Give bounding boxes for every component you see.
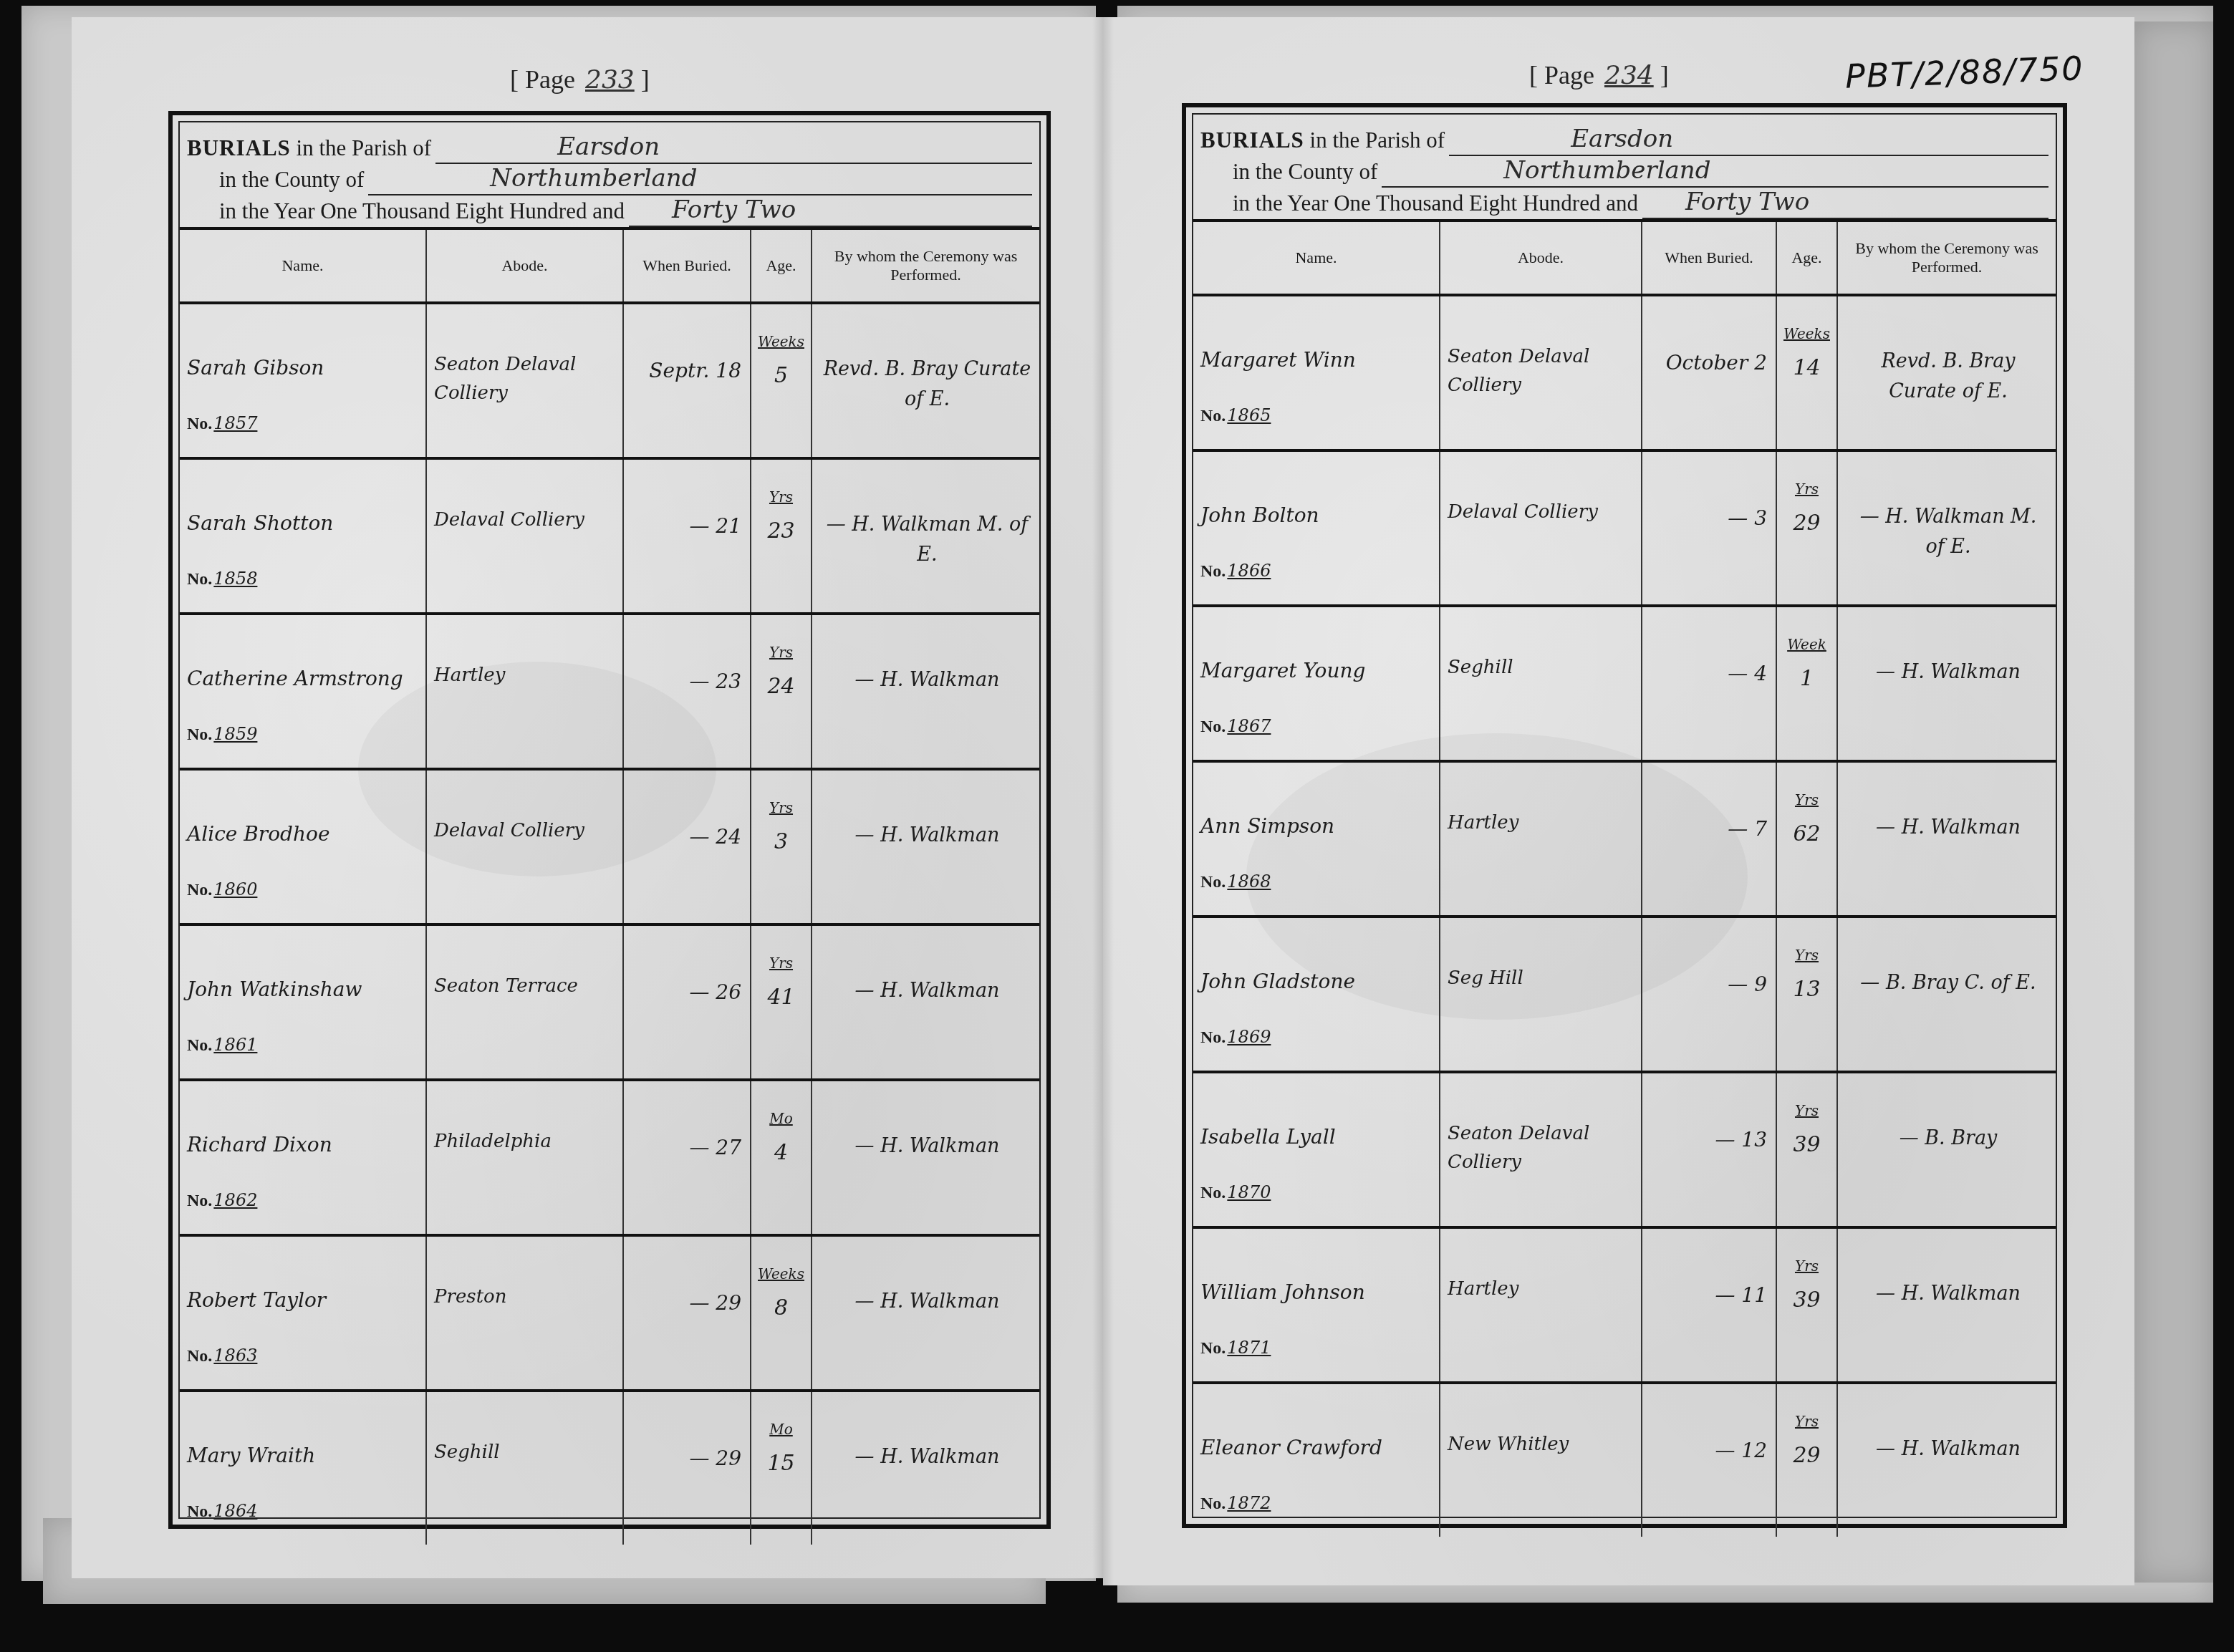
no-label: No. (1200, 1339, 1226, 1358)
officiant-signature: — H. Walkman (822, 976, 1032, 1006)
officiant-signature: — H. Walkman (1848, 1279, 2048, 1309)
name-cell: Margaret WinnNo.1865 (1193, 296, 1440, 449)
no-label: No. (1200, 562, 1226, 581)
burials-title: BURIALS (187, 135, 291, 160)
age-unit: Weeks (751, 1265, 811, 1283)
year-line: in the Year One Thousand Eight Hundred a… (187, 195, 1032, 227)
age-value: 14 (1777, 355, 1836, 380)
burial-entry: Catherine ArmstrongNo.1859 Hartley — 23 … (180, 615, 1039, 771)
officiant-signature: — H. Walkman (1848, 1434, 2048, 1464)
age-unit: Yrs (1777, 947, 1836, 964)
officiant-signature: — H. Walkman (822, 1442, 1032, 1472)
deceased-name: Alice Brodhoe (187, 822, 330, 846)
right-page-number: [ Page234 ] (1529, 60, 1669, 90)
abode-value: Hartley (434, 661, 617, 690)
register-number-value: 1866 (1227, 561, 1271, 581)
burial-register-left: BURIALS in the Parish of Earsdon in the … (168, 111, 1051, 1529)
county-field: Northumberland (368, 173, 1032, 195)
age-unit: Yrs (1777, 1257, 1836, 1275)
name-cell: John WatkinshawNo.1861 (180, 926, 427, 1078)
name-cell: Richard DixonNo.1862 (180, 1081, 427, 1234)
register-number-value: 1869 (1227, 1027, 1271, 1047)
register-number: No.1871 (1200, 1338, 1271, 1358)
deceased-name: Mary Wraith (187, 1444, 315, 1467)
when-buried-cell: — 11 (1642, 1229, 1777, 1381)
abode-value: Seaton Delaval Colliery (434, 350, 617, 407)
page-number-value: 233 (585, 65, 635, 95)
register-number: No.1866 (1200, 561, 1271, 581)
register-number: No.1868 (1200, 871, 1271, 892)
bracket-close: ] (1654, 61, 1669, 90)
bracket-open: [ (1529, 61, 1544, 90)
parish-value: Earsdon (1571, 123, 1673, 155)
header-when-buried: When Buried. (1642, 222, 1777, 294)
when-buried-cell: — 9 (1642, 918, 1777, 1071)
officiant-cell: — H. Walkman (1838, 1229, 2056, 1381)
officiant-cell: — H. Walkman (1838, 607, 2056, 760)
age-cell: Week1 (1777, 607, 1838, 760)
age-unit: Week (1777, 636, 1836, 653)
abode-cell: Seghill (1440, 607, 1642, 760)
abode-cell: Philadelphia (427, 1081, 624, 1234)
county-value: Northumberland (490, 163, 697, 194)
age-cell: Yrs41 (751, 926, 812, 1078)
age-unit: Yrs (751, 799, 811, 816)
burials-title: BURIALS (1200, 127, 1304, 153)
left-page-number: [ Page233 ] (510, 64, 650, 95)
burial-entry: John GladstoneNo.1869 Seg Hill — 9 Yrs13… (1193, 918, 2056, 1073)
register-number: No.1867 (1200, 716, 1271, 737)
register-number-value: 1867 (1227, 716, 1271, 736)
officiant-signature: — B. Bray C. of E. (1848, 968, 2048, 998)
officiant-cell: — H. Walkman (812, 1081, 1039, 1234)
burial-entry: Sarah ShottonNo.1858 Delaval Colliery — … (180, 460, 1039, 615)
no-label: No. (187, 570, 212, 589)
header-by-whom: By whom the Ceremony was Performed. (1838, 222, 2056, 294)
age-value: 29 (1777, 511, 1836, 536)
abode-cell: Hartley (1440, 763, 1642, 915)
officiant-cell: — B. Bray C. of E. (1838, 918, 2056, 1071)
age-value: 39 (1777, 1132, 1836, 1157)
deceased-name: Margaret Winn (1200, 348, 1356, 372)
age-unit: Weeks (751, 333, 811, 350)
when-buried-cell: — 13 (1642, 1073, 1777, 1226)
register-number: No.1865 (1200, 405, 1271, 426)
age-value: 5 (751, 363, 811, 388)
age-cell: Yrs13 (1777, 918, 1838, 1071)
officiant-cell: — H. Walkman M. of E. (1838, 452, 2056, 604)
age-cell: Yrs62 (1777, 763, 1838, 915)
officiant-signature: Revd. B. Bray Curate of E. (822, 354, 1032, 415)
age-value: 29 (1777, 1443, 1836, 1468)
no-label: No. (187, 415, 212, 433)
abode-cell: Delaval Colliery (427, 771, 624, 923)
abode-cell: Hartley (427, 615, 624, 768)
year-field: Forty Two (1642, 196, 2048, 219)
officiant-signature: — B. Bray (1848, 1124, 2048, 1154)
abode-cell: Preston (427, 1237, 624, 1389)
officiant-signature: — H. Walkman (822, 1287, 1032, 1317)
abode-cell: New Whitley (1440, 1384, 1642, 1537)
age-value: 13 (1777, 977, 1836, 1002)
abode-value: Seg Hill (1448, 964, 1635, 992)
register-number: No.1860 (187, 879, 257, 900)
deceased-name: Catherine Armstrong (187, 667, 403, 690)
page-label: Page (1544, 61, 1594, 90)
age-cell: Yrs3 (751, 771, 812, 923)
abode-value: Philadelphia (434, 1127, 617, 1156)
age-cell: Weeks14 (1777, 296, 1838, 449)
when-buried-cell: — 29 (624, 1392, 751, 1545)
no-label: No. (187, 881, 212, 899)
burial-register-right: BURIALS in the Parish of Earsdon in the … (1182, 103, 2067, 1528)
register-number-value: 1858 (213, 569, 257, 589)
burial-date: — 23 (689, 670, 741, 693)
register-number-value: 1859 (213, 724, 257, 744)
register-number-value: 1862 (213, 1190, 257, 1210)
register-number-value: 1872 (1227, 1493, 1271, 1513)
register-number-value: 1865 (1227, 405, 1271, 425)
burial-date: Septr. 18 (649, 359, 741, 382)
register-number: No.1863 (187, 1346, 257, 1366)
no-label: No. (187, 1036, 212, 1055)
deceased-name: Sarah Gibson (187, 356, 324, 380)
header-by-whom: By whom the Ceremony was Performed. (812, 230, 1039, 301)
officiant-signature: — H. Walkman M. of E. (1848, 502, 2048, 562)
year-line: in the Year One Thousand Eight Hundred a… (1200, 188, 2048, 219)
entries-right: Margaret WinnNo.1865 Seaton Delaval Coll… (1193, 296, 2056, 1537)
register-number: No.1872 (1200, 1493, 1271, 1514)
burial-date: — 9 (1728, 972, 1767, 996)
burial-entry: Margaret YoungNo.1867 Seghill — 4 Week1 … (1193, 607, 2056, 763)
deceased-name: Ann Simpson (1200, 814, 1334, 838)
burial-entry: Sarah GibsonNo.1857 Seaton Delaval Colli… (180, 304, 1039, 460)
abode-cell: Seaton Terrace (427, 926, 624, 1078)
name-cell: Sarah ShottonNo.1858 (180, 460, 427, 612)
age-value: 24 (751, 674, 811, 699)
age-unit: Yrs (1777, 480, 1836, 498)
deceased-name: John Watkinshaw (187, 977, 362, 1001)
abode-cell: Seaton Delaval Colliery (1440, 296, 1642, 449)
county-line: in the County of Northumberland (187, 164, 1032, 195)
age-value: 15 (751, 1451, 811, 1476)
age-cell: Yrs39 (1777, 1229, 1838, 1381)
register-heading: BURIALS in the Parish of Earsdon in the … (1193, 115, 2056, 222)
deceased-name: William Johnson (1200, 1280, 1365, 1304)
name-cell: John GladstoneNo.1869 (1193, 918, 1440, 1071)
register-number: No.1870 (1200, 1182, 1271, 1203)
burial-date: — 26 (689, 980, 741, 1004)
register-number: No.1859 (187, 724, 257, 745)
officiant-cell: — H. Walkman (812, 1237, 1039, 1389)
burial-date: — 21 (689, 514, 741, 538)
deceased-name: Eleanor Crawford (1200, 1436, 1382, 1459)
year-field: Forty Two (629, 204, 1032, 227)
when-buried-cell: — 26 (624, 926, 751, 1078)
header-when-buried: When Buried. (624, 230, 751, 301)
when-buried-cell: — 7 (1642, 763, 1777, 915)
burial-date: — 12 (1715, 1439, 1767, 1462)
abode-cell: Seg Hill (1440, 918, 1642, 1071)
register-number-value: 1871 (1227, 1338, 1271, 1358)
officiant-cell: — H. Walkman (812, 615, 1039, 768)
page-number-value: 234 (1604, 61, 1654, 90)
burial-date: — 29 (689, 1446, 741, 1470)
county-line: in the County of Northumberland (1200, 156, 2048, 188)
no-label: No. (187, 1192, 212, 1210)
abode-cell: Seaton Delaval Colliery (1440, 1073, 1642, 1226)
officiant-signature: — H. Walkman (1848, 657, 2048, 687)
age-value: 3 (751, 829, 811, 854)
abode-value: Hartley (1448, 808, 1635, 837)
name-cell: Catherine ArmstrongNo.1859 (180, 615, 427, 768)
age-cell: Yrs29 (1777, 1384, 1838, 1537)
register-number-value: 1868 (1227, 871, 1271, 892)
abode-cell: Hartley (1440, 1229, 1642, 1381)
deceased-name: John Bolton (1200, 503, 1319, 527)
page-label: Page (525, 65, 575, 94)
burial-entry: Isabella LyallNo.1870 Seaton Delaval Col… (1193, 1073, 2056, 1229)
parish-line: BURIALS in the Parish of Earsdon (187, 132, 1032, 164)
age-cell: Yrs29 (1777, 452, 1838, 604)
age-unit: Mo (751, 1110, 811, 1127)
age-value: 62 (1777, 821, 1836, 846)
age-unit: Yrs (751, 955, 811, 972)
burial-entry: Ann SimpsonNo.1868 Hartley — 7 Yrs62 — H… (1193, 763, 2056, 918)
register-number-value: 1857 (213, 413, 257, 433)
when-buried-cell: — 24 (624, 771, 751, 923)
parish-label: in the Parish of (297, 135, 432, 160)
officiant-cell: — H. Walkman M. of E. (812, 460, 1039, 612)
officiant-cell: Revd. B. Bray Curate of E. (812, 304, 1039, 457)
officiant-signature: — H. Walkman (822, 1131, 1032, 1161)
officiant-signature: — H. Walkman (822, 665, 1032, 695)
name-cell: John BoltonNo.1866 (1193, 452, 1440, 604)
age-value: 39 (1777, 1288, 1836, 1313)
officiant-cell: Revd. B. Bray Curate of E. (1838, 296, 2056, 449)
age-unit: Yrs (1777, 1413, 1836, 1430)
burial-date: — 4 (1728, 662, 1767, 685)
name-cell: Sarah GibsonNo.1857 (180, 304, 427, 457)
no-label: No. (1200, 407, 1226, 425)
abode-value: Seghill (434, 1438, 617, 1467)
when-buried-cell: — 23 (624, 615, 751, 768)
deceased-name: John Gladstone (1200, 970, 1355, 993)
year-value: Forty Two (1685, 186, 1809, 218)
age-unit: Yrs (1777, 791, 1836, 808)
officiant-cell: — H. Walkman (812, 1392, 1039, 1545)
name-cell: Robert TaylorNo.1863 (180, 1237, 427, 1389)
year-label: in the Year One Thousand Eight Hundred a… (1233, 188, 1638, 219)
no-label: No. (1200, 1028, 1226, 1047)
no-label: No. (187, 1347, 212, 1366)
bracket-open: [ (510, 65, 525, 94)
age-cell: Yrs24 (751, 615, 812, 768)
burial-entry: Robert TaylorNo.1863 Preston — 29 Weeks8… (180, 1237, 1039, 1392)
burial-date: — 3 (1728, 506, 1767, 530)
column-headers: Name. Abode. When Buried. Age. By whom t… (180, 230, 1039, 304)
no-label: No. (187, 1502, 212, 1521)
officiant-cell: — H. Walkman (812, 926, 1039, 1078)
register-number: No.1858 (187, 569, 257, 589)
when-buried-cell: — 21 (624, 460, 751, 612)
header-name: Name. (1193, 222, 1440, 294)
abode-value: Seaton Delaval Colliery (1448, 342, 1635, 400)
abode-value: Hartley (1448, 1275, 1635, 1303)
name-cell: Mary WraithNo.1864 (180, 1392, 427, 1545)
header-name: Name. (180, 230, 427, 301)
burial-entry: John BoltonNo.1866 Delaval Colliery — 3 … (1193, 452, 2056, 607)
age-value: 23 (751, 518, 811, 544)
abode-cell: Delaval Colliery (427, 460, 624, 612)
name-cell: Ann SimpsonNo.1868 (1193, 763, 1440, 915)
officiant-cell: — H. Walkman (1838, 763, 2056, 915)
abode-value: Seghill (1448, 653, 1635, 682)
officiant-signature: Revd. B. Bray Curate of E. (1848, 347, 2048, 407)
abode-value: Seaton Delaval Colliery (1448, 1119, 1635, 1177)
when-buried-cell: Septr. 18 (624, 304, 751, 457)
when-buried-cell: — 12 (1642, 1384, 1777, 1537)
parish-value: Earsdon (557, 131, 660, 163)
deceased-name: Isabella Lyall (1200, 1125, 1336, 1149)
abode-value: New Whitley (1448, 1430, 1635, 1459)
year-value: Forty Two (672, 194, 796, 226)
register-number: No.1861 (187, 1035, 257, 1056)
officiant-cell: — H. Walkman (1838, 1384, 2056, 1537)
bracket-close: ] (635, 65, 650, 94)
age-unit: Mo (751, 1421, 811, 1438)
abode-cell: Delaval Colliery (1440, 452, 1642, 604)
age-unit: Yrs (751, 488, 811, 506)
book-gutter (1092, 17, 1114, 1585)
burial-entry: Mary WraithNo.1864 Seghill — 29 Mo15 — H… (180, 1392, 1039, 1545)
when-buried-cell: — 29 (624, 1237, 751, 1389)
no-label: No. (1200, 1494, 1226, 1513)
name-cell: Isabella LyallNo.1870 (1193, 1073, 1440, 1226)
age-cell: Mo4 (751, 1081, 812, 1234)
when-buried-cell: — 27 (624, 1081, 751, 1234)
county-field: Northumberland (1382, 165, 2048, 188)
no-label: No. (187, 725, 212, 744)
age-value: 41 (751, 985, 811, 1010)
year-label: in the Year One Thousand Eight Hundred a… (219, 195, 625, 227)
register-number: No.1869 (1200, 1027, 1271, 1048)
parish-line: BURIALS in the Parish of Earsdon (1200, 125, 2048, 156)
burial-date: — 13 (1715, 1128, 1767, 1151)
age-unit: Weeks (1777, 325, 1836, 342)
abode-value: Seaton Terrace (434, 972, 617, 1000)
officiant-signature: — H. Walkman M. of E. (822, 510, 1032, 570)
officiant-signature: — H. Walkman (1848, 813, 2048, 843)
name-cell: Eleanor CrawfordNo.1872 (1193, 1384, 1440, 1537)
officiant-cell: — B. Bray (1838, 1073, 2056, 1226)
abode-value: Preston (434, 1283, 617, 1311)
parish-field: Earsdon (435, 141, 1032, 164)
age-unit: Yrs (751, 644, 811, 661)
burial-date: — 7 (1728, 817, 1767, 841)
column-headers: Name. Abode. When Buried. Age. By whom t… (1193, 222, 2056, 296)
name-cell: Alice BrodhoeNo.1860 (180, 771, 427, 923)
register-number-value: 1864 (213, 1501, 257, 1521)
register-number-value: 1863 (213, 1346, 257, 1366)
deceased-name: Robert Taylor (187, 1288, 326, 1312)
age-value: 1 (1777, 666, 1836, 691)
parish-field: Earsdon (1449, 133, 2048, 156)
no-label: No. (1200, 873, 1226, 892)
abode-value: Delaval Colliery (434, 506, 617, 534)
register-number: No.1857 (187, 413, 257, 434)
burial-entry: Alice BrodhoeNo.1860 Delaval Colliery — … (180, 771, 1039, 926)
county-label: in the County of (219, 164, 364, 195)
deceased-name: Margaret Young (1200, 659, 1365, 682)
register-number-value: 1861 (213, 1035, 257, 1055)
county-label: in the County of (1233, 156, 1377, 188)
abode-cell: Seghill (427, 1392, 624, 1545)
abode-value: Delaval Colliery (1448, 498, 1635, 526)
age-value: 4 (751, 1140, 811, 1165)
name-cell: William JohnsonNo.1871 (1193, 1229, 1440, 1381)
age-cell: Weeks8 (751, 1237, 812, 1389)
header-abode: Abode. (427, 230, 624, 301)
burial-date: — 24 (689, 825, 741, 849)
when-buried-cell: — 4 (1642, 607, 1777, 760)
abode-value: Delaval Colliery (434, 816, 617, 845)
register-number: No.1862 (187, 1190, 257, 1211)
when-buried-cell: October 2 (1642, 296, 1777, 449)
entries-left: Sarah GibsonNo.1857 Seaton Delaval Colli… (180, 304, 1039, 1545)
deceased-name: Richard Dixon (187, 1133, 332, 1156)
name-cell: Margaret YoungNo.1867 (1193, 607, 1440, 760)
register-number-value: 1860 (213, 879, 257, 899)
age-unit: Yrs (1777, 1102, 1836, 1119)
no-label: No. (1200, 718, 1226, 736)
parish-label: in the Parish of (1310, 127, 1445, 153)
age-cell: Mo15 (751, 1392, 812, 1545)
age-cell: Weeks5 (751, 304, 812, 457)
burial-entry: William JohnsonNo.1871 Hartley — 11 Yrs3… (1193, 1229, 2056, 1384)
underlying-pages-edge (2134, 21, 2213, 1583)
burial-date: — 11 (1715, 1283, 1767, 1307)
county-value: Northumberland (1503, 155, 1710, 186)
burial-date: October 2 (1666, 351, 1767, 375)
age-cell: Yrs39 (1777, 1073, 1838, 1226)
age-value: 8 (751, 1295, 811, 1320)
officiant-cell: — H. Walkman (812, 771, 1039, 923)
burial-entry: Richard DixonNo.1862 Philadelphia — 27 M… (180, 1081, 1039, 1237)
burial-entry: Eleanor CrawfordNo.1872 New Whitley — 12… (1193, 1384, 2056, 1537)
officiant-signature: — H. Walkman (822, 821, 1032, 851)
header-abode: Abode. (1440, 222, 1642, 294)
age-cell: Yrs23 (751, 460, 812, 612)
burial-date: — 27 (689, 1136, 741, 1159)
when-buried-cell: — 3 (1642, 452, 1777, 604)
register-number-value: 1870 (1227, 1182, 1271, 1202)
burial-date: — 29 (689, 1291, 741, 1315)
register-number: No.1864 (187, 1501, 257, 1522)
burial-entry: John WatkinshawNo.1861 Seaton Terrace — … (180, 926, 1039, 1081)
deceased-name: Sarah Shotton (187, 511, 333, 535)
no-label: No. (1200, 1184, 1226, 1202)
burial-entry: Margaret WinnNo.1865 Seaton Delaval Coll… (1193, 296, 2056, 452)
abode-cell: Seaton Delaval Colliery (427, 304, 624, 457)
header-age: Age. (1777, 222, 1838, 294)
register-heading: BURIALS in the Parish of Earsdon in the … (180, 122, 1039, 230)
header-age: Age. (751, 230, 812, 301)
